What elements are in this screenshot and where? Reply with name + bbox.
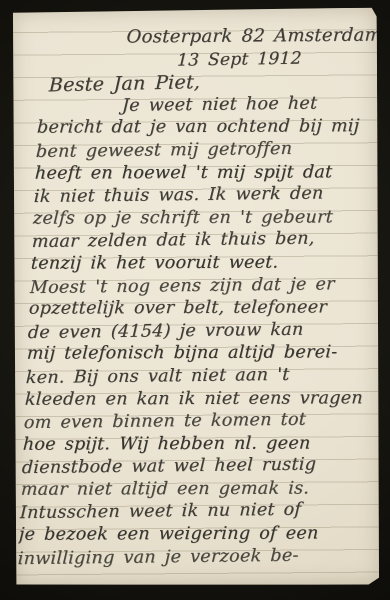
letter-paper-sheet: Oosterpark 82 Amsterdam 13 Sept 1912 Bes… [11,8,382,588]
letter-body-line: hoe spijt. Wij hebben nl. geen [22,432,366,456]
letter-body-line: Je weet niet hoe het [37,92,381,119]
letter-body-line: de even (4154) je vrouw kan [27,318,371,345]
letter-body-line: ken. Bij ons valt niet aan 't [25,363,369,390]
letter-body-line: maar zelden dat ik thuis ben, [31,227,375,254]
letter-body-line: dienstbode wat wel heel rustig [21,453,365,480]
letter-body-line: heeft en hoewel 't mij spijt dat [34,161,378,185]
letter-body-line: bent geweest mij getroffen [35,137,379,164]
letter-body-line: zelfs op je schrift en 't gebeurt [32,206,376,230]
letter-body-line: bericht dat je van ochtend bij mij [36,116,380,140]
letter-body-line: kleeden en kan ik niet eens vragen [24,387,368,411]
letter-address: Oosterpark 82 Amsterdam [40,25,384,50]
letter-body-line: opzettelijk over belt, telefoneer [28,296,372,320]
letter-body-line: inwilliging van je verzoek be- [17,544,361,571]
letter-content: Oosterpark 82 Amsterdam 13 Sept 1912 Bes… [17,25,385,584]
letter-body-line: Intusschen weet ik nu niet of [19,498,363,525]
letter-body-line: mij telefonisch bijna altijd berei- [26,342,370,366]
letter-body-line: tenzij ik het vooruit weet. [30,251,374,275]
letter-body-line: ik niet thuis was. Ik werk den [33,182,377,209]
screenshot-root: { "page": { "background": "#16150f", "pa… [0,0,390,600]
letter-body-line: je bezoek een weigering of een [18,522,362,546]
letter-body-line: Moest 't nog eens zijn dat je er [29,272,373,299]
letter-body: Je weet niet hoe hetbericht dat je van o… [17,92,381,569]
letter-body-line: om even binnen te komen tot [23,408,367,435]
